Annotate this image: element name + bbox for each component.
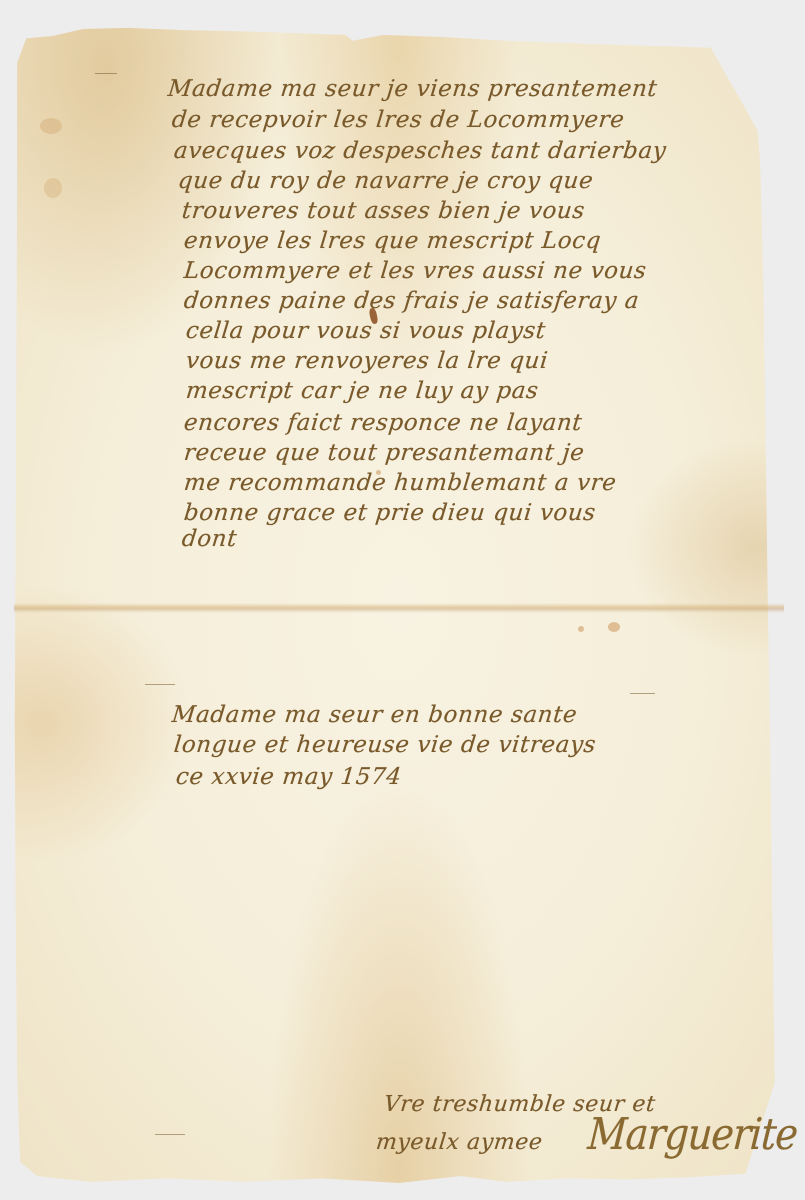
foxing-spot (578, 626, 584, 632)
body-line: me recommande humblemant a vre (183, 470, 618, 496)
closing-line: longue et heureuse vie de vitreays (173, 732, 598, 758)
body-line: trouveres tout asses bien je vous (181, 198, 587, 224)
stray-mark (630, 693, 655, 694)
body-line: encores faict responce ne layant (183, 410, 584, 436)
body-line: mescript car je ne luy ay pas (185, 378, 540, 404)
body-line: de recepvoir les lres de Locommyere (171, 107, 626, 133)
body-line: Locommyere et les vres aussi ne vous (183, 258, 648, 284)
body-line: cella pour vous si vous playst (185, 318, 547, 344)
body-line: bonne grace et prie dieu qui vous (183, 500, 598, 526)
fold-crease (14, 603, 784, 613)
body-line: receue que tout presantemant je (183, 440, 586, 466)
signature-name: Marguerite (586, 1109, 799, 1160)
foxing-spot (608, 622, 620, 632)
body-line: Madame ma seur je viens presantement (167, 76, 659, 102)
stray-mark (95, 73, 117, 74)
body-line: envoye les lres que mescript Locq (183, 228, 603, 254)
closing-date: ce xxvie may 1574 (175, 764, 403, 790)
signature-line: myeulx aymee (375, 1130, 544, 1155)
stray-mark (145, 684, 175, 685)
body-line: que du roy de navarre je croy que (177, 168, 595, 194)
closing-line: Madame ma seur en bonne sante (171, 702, 579, 728)
foxing-spot (40, 118, 62, 134)
body-line: dont (181, 526, 239, 552)
scanned-letter: Madame ma seur je viens presantement de … (0, 0, 805, 1200)
stray-mark (155, 1134, 185, 1135)
body-line: donnes paine des frais je satisferay a (183, 288, 641, 314)
body-line: vous me renvoyeres la lre qui (185, 348, 550, 374)
body-line: avecques voz despesches tant darierbay (173, 138, 668, 164)
foxing-spot (44, 178, 62, 198)
